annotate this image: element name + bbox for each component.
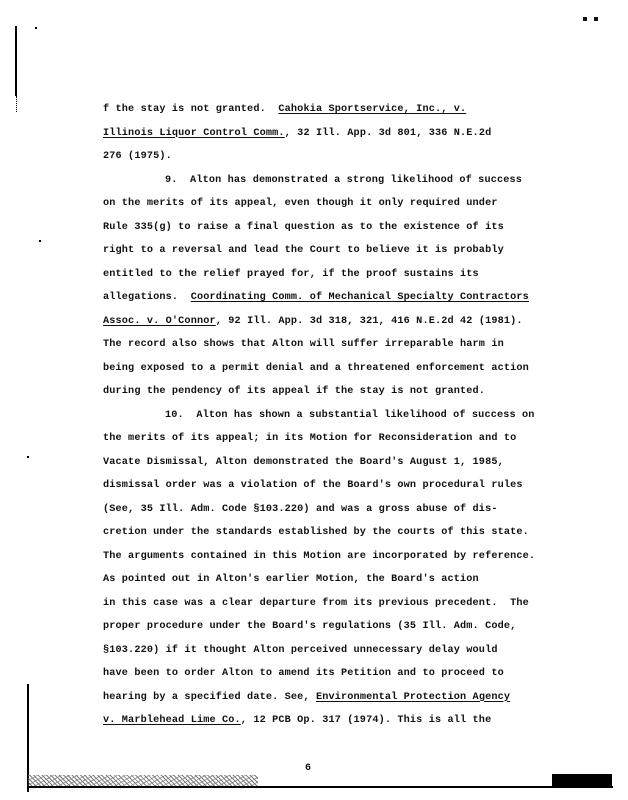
- text-segment: proper procedure under the Board's regul…: [103, 621, 516, 632]
- text-line: Illinois Liquor Control Comm., 32 Ill. A…: [103, 122, 603, 146]
- text-segment: right to a reversal and lead the Court t…: [103, 245, 504, 256]
- case-citation: Coordinating Comm. of Mechanical Special…: [191, 292, 529, 303]
- scan-speck: [27, 456, 29, 458]
- document-page: f the stay is not granted. Cahokia Sport…: [0, 0, 628, 800]
- text-line: 9. Alton has demonstrated a strong likel…: [103, 169, 603, 193]
- text-line: v. Marblehead Lime Co., 12 PCB Op. 317 (…: [103, 709, 603, 733]
- text-line: on the merits of its appeal, even though…: [103, 192, 603, 216]
- text-segment: in this case was a clear departure from …: [103, 598, 529, 609]
- scan-edge-dots: [16, 96, 18, 112]
- case-citation: Assoc. v. O'Connor: [103, 316, 216, 327]
- text-segment: 9. Alton has demonstrated a strong likel…: [165, 175, 522, 186]
- text-segment: hearing by a specified date. See,: [103, 692, 316, 703]
- text-segment: being exposed to a permit denial and a t…: [103, 363, 529, 374]
- scan-bottom-edge: [28, 786, 613, 788]
- text-segment: The arguments contained in this Motion a…: [103, 551, 535, 562]
- text-segment: §103.220) if it thought Alton perceived …: [103, 645, 498, 656]
- text-segment: on the merits of its appeal, even though…: [103, 198, 498, 209]
- text-line: right to a reversal and lead the Court t…: [103, 239, 603, 263]
- case-citation: Illinois Liquor Control Comm.: [103, 128, 285, 139]
- text-line: f the stay is not granted. Cahokia Sport…: [103, 98, 603, 122]
- text-segment: entitled to the relief prayed for, if th…: [103, 269, 479, 280]
- text-line: 10. Alton has shown a substantial likeli…: [103, 404, 603, 428]
- text-segment: Vacate Dismissal, Alton demonstrated the…: [103, 457, 504, 468]
- text-line: dismissal order was a violation of the B…: [103, 474, 603, 498]
- text-segment: cretion under the standards established …: [103, 527, 529, 538]
- text-line: Assoc. v. O'Connor, 92 Ill. App. 3d 318,…: [103, 310, 603, 334]
- text-line: entitled to the relief prayed for, if th…: [103, 263, 603, 287]
- text-segment: have been to order Alton to amend its Pe…: [103, 668, 504, 679]
- scan-corner-mark: [594, 17, 598, 21]
- text-segment: during the pendency of its appeal if the…: [103, 386, 485, 397]
- text-segment: allegations.: [103, 292, 191, 303]
- text-line: 276 (1975).: [103, 145, 603, 169]
- text-line: The record also shows that Alton will su…: [103, 333, 603, 357]
- text-line: the merits of its appeal; in its Motion …: [103, 427, 603, 451]
- scan-speck: [35, 27, 37, 29]
- text-line: (See, 35 Ill. Adm. Code §103.220) and wa…: [103, 498, 603, 522]
- page-number: 6: [305, 763, 311, 774]
- text-line: have been to order Alton to amend its Pe…: [103, 662, 603, 686]
- text-segment: f the stay is not granted.: [103, 104, 278, 115]
- text-segment: (See, 35 Ill. Adm. Code §103.220) and wa…: [103, 504, 498, 515]
- text-line: Rule 335(g) to raise a final question as…: [103, 216, 603, 240]
- text-line: during the pendency of its appeal if the…: [103, 380, 603, 404]
- text-segment: Rule 335(g) to raise a final question as…: [103, 222, 504, 233]
- scan-speck: [39, 240, 41, 242]
- text-line: allegations. Coordinating Comm. of Mecha…: [103, 286, 603, 310]
- case-citation: Environmental Protection Agency: [316, 692, 510, 703]
- text-segment: The record also shows that Alton will su…: [103, 339, 504, 350]
- text-line: Vacate Dismissal, Alton demonstrated the…: [103, 451, 603, 475]
- text-segment: 10. Alton has shown a substantial likeli…: [165, 410, 535, 421]
- text-line: The arguments contained in this Motion a…: [103, 545, 603, 569]
- text-line: in this case was a clear departure from …: [103, 592, 603, 616]
- text-line: being exposed to a permit denial and a t…: [103, 357, 603, 381]
- text-segment: , 32 Ill. App. 3d 801, 336 N.E.2d: [285, 128, 492, 139]
- scan-corner-mark: [583, 17, 587, 21]
- text-line: §103.220) if it thought Alton perceived …: [103, 639, 603, 663]
- text-segment: As pointed out in Alton's earlier Motion…: [103, 574, 479, 585]
- text-segment: , 12 PCB Op. 317 (1974). This is all the: [241, 715, 492, 726]
- case-citation: Cahokia Sportservice, Inc., v.: [278, 104, 466, 115]
- text-segment: , 92 Ill. App. 3d 318, 321, 416 N.E.2d 4…: [216, 316, 523, 327]
- text-line: hearing by a specified date. See, Enviro…: [103, 686, 603, 710]
- document-body: f the stay is not granted. Cahokia Sport…: [103, 98, 603, 733]
- case-citation: v. Marblehead Lime Co.: [103, 715, 241, 726]
- text-segment: dismissal order was a violation of the B…: [103, 480, 523, 491]
- text-line: proper procedure under the Board's regul…: [103, 615, 603, 639]
- text-line: As pointed out in Alton's earlier Motion…: [103, 568, 603, 592]
- text-line: cretion under the standards established …: [103, 521, 603, 545]
- scan-black-block: [552, 774, 612, 787]
- text-segment: 276 (1975).: [103, 151, 172, 162]
- scan-edge-line: [15, 26, 17, 96]
- text-segment: the merits of its appeal; in its Motion …: [103, 433, 516, 444]
